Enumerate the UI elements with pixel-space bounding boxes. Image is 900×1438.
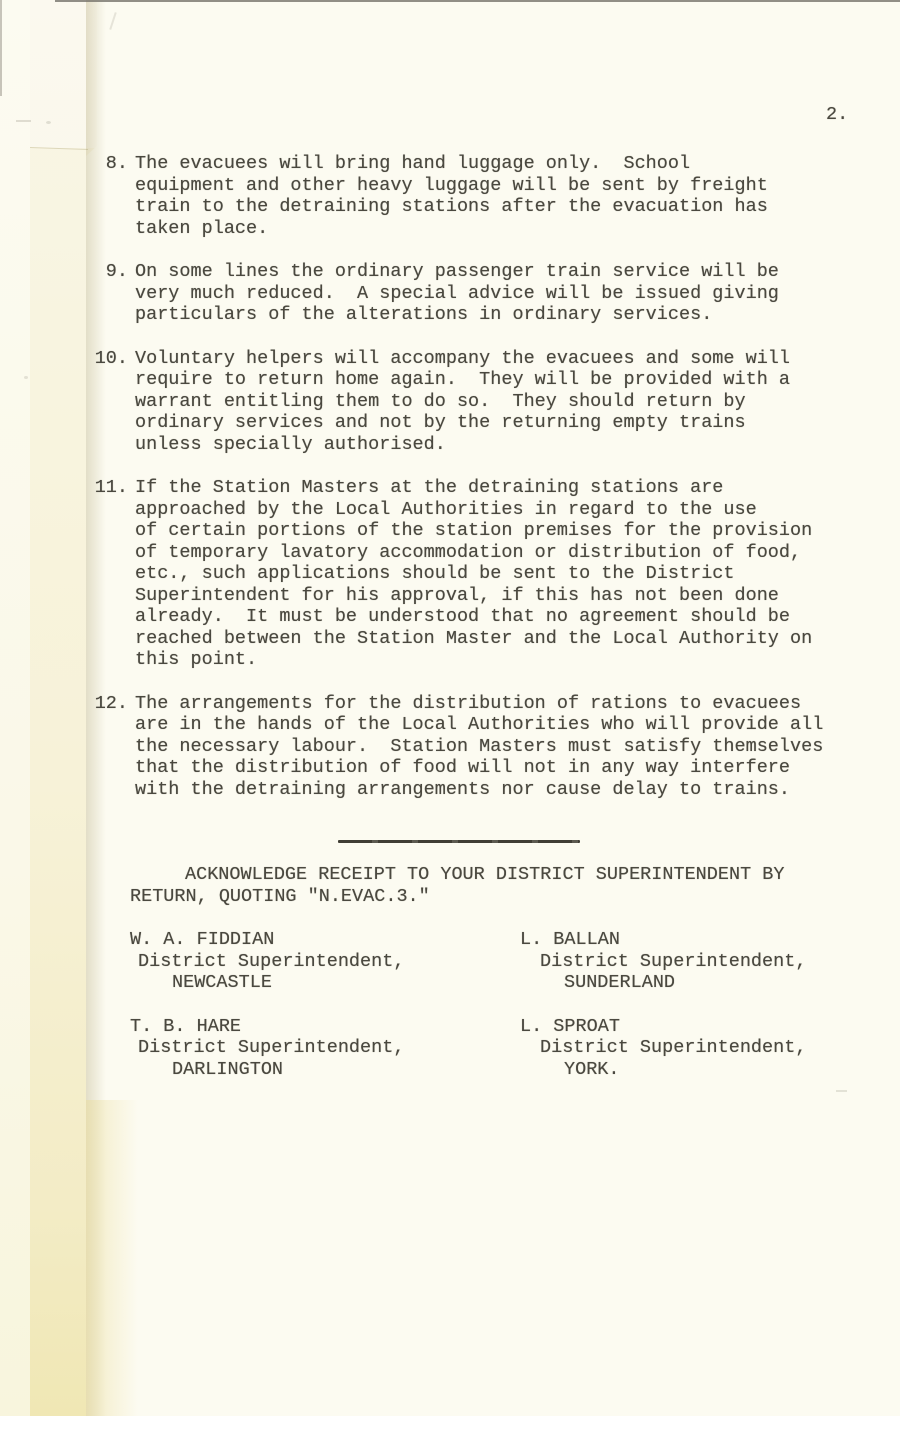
item-number: 9.	[90, 261, 128, 326]
signatory-location: SUNDERLAND	[520, 972, 900, 994]
list-item: 10. Voluntary helpers will accompany the…	[90, 348, 850, 456]
signatory-title: District Superintendent,	[520, 1037, 900, 1059]
item-text: The arrangements for the distribution of…	[128, 693, 823, 801]
signatory-location: YORK.	[520, 1059, 900, 1081]
signatory-name: W. A. FIDDIAN	[130, 929, 520, 951]
signatory-title: District Superintendent,	[130, 951, 520, 973]
signatory-title: District Superintendent,	[520, 951, 900, 973]
item-number: 11.	[90, 477, 128, 671]
signature-blocks: W. A. FIDDIAN District Superintendent, N…	[130, 929, 850, 1102]
list-item: 9. On some lines the ordinary passenger …	[90, 261, 850, 326]
typed-divider-rule	[338, 840, 580, 843]
signatory-name: T. B. HARE	[130, 1016, 520, 1038]
item-text: The evacuees will bring hand luggage onl…	[128, 153, 768, 239]
signatory-location: DARLINGTON	[130, 1059, 520, 1081]
acknowledgement-paragraph: ACKNOWLEDGE RECEIPT TO YOUR DISTRICT SUP…	[130, 864, 840, 907]
signature-block: T. B. HARE District Superintendent, DARL…	[130, 1016, 520, 1081]
list-item: 12. The arrangements for the distributio…	[90, 693, 850, 801]
signature-row: W. A. FIDDIAN District Superintendent, N…	[130, 929, 850, 994]
signature-block: W. A. FIDDIAN District Superintendent, N…	[130, 929, 520, 994]
item-number: 10.	[90, 348, 128, 456]
signature-block: L. BALLAN District Superintendent, SUNDE…	[520, 929, 900, 994]
list-item: 8. The evacuees will bring hand luggage …	[90, 153, 850, 239]
signatory-title: District Superintendent,	[130, 1037, 520, 1059]
signature-row: T. B. HARE District Superintendent, DARL…	[130, 1016, 850, 1081]
document-scan: 2. 8. The evacuees will bring hand lugga…	[0, 0, 900, 1416]
typewritten-content: 2. 8. The evacuees will bring hand lugga…	[0, 0, 900, 1416]
signatory-name: L. SPROAT	[520, 1016, 900, 1038]
item-number: 8.	[90, 153, 128, 239]
item-text: Voluntary helpers will accompany the eva…	[128, 348, 790, 456]
signature-block: L. SPROAT District Superintendent, YORK.	[520, 1016, 900, 1081]
signatory-location: NEWCASTLE	[130, 972, 520, 994]
item-number: 12.	[90, 693, 128, 801]
item-text: If the Station Masters at the detraining…	[128, 477, 812, 671]
page-number: 2.	[826, 104, 848, 126]
signatory-name: L. BALLAN	[520, 929, 900, 951]
item-text: On some lines the ordinary passenger tra…	[128, 261, 779, 326]
list-item: 11. If the Station Masters at the detrai…	[90, 477, 850, 671]
numbered-list: 8. The evacuees will bring hand luggage …	[90, 153, 850, 822]
